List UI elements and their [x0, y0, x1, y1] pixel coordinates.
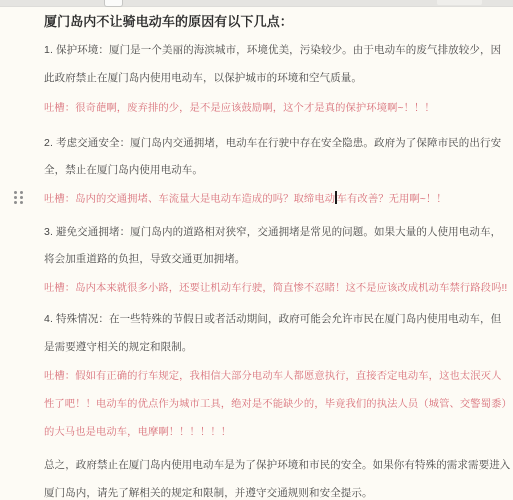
- toolbar-highlight-patch: [437, 0, 482, 5]
- tucao-4-line-3[interactable]: 的大马也是电动车，电摩啊！！！！！！: [44, 423, 231, 438]
- tucao-4-line-2[interactable]: 性了吧！！电动车的优点作为城市工具，绝对是不能缺少的，毕竟我们的执法人员（城管、…: [44, 395, 512, 410]
- paragraph-3-line-1[interactable]: 3. 避免交通拥堵：厦门岛内的道路相对狭窄，交通拥堵是常见的问题。如果大量的人使…: [44, 224, 501, 239]
- paragraph-4-line-1[interactable]: 4. 特殊情况：在一些特殊的节假日或者活动期间，政府可能会允许市民在厦门岛内使用…: [44, 311, 501, 326]
- summary-line-2[interactable]: 厦门岛内，请先了解相关的规定和限制，并遵守交通规则和安全提示。: [44, 485, 373, 500]
- document-editor-page: 厦门岛内不让骑电动车的原因有以下几点： 1. 保护环境：厦门是一个美丽的海滨城市…: [0, 0, 513, 500]
- tucao-2-text-after-caret: 车有改善？无用啊~！！: [337, 194, 447, 205]
- top-toolbar-strip: [0, 0, 513, 7]
- paragraph-2-line-1[interactable]: 2. 考虑交通安全：厦门岛内交通拥堵，电动车在行驶中存在安全隐患。政府为了保障市…: [44, 135, 501, 150]
- tucao-2-line[interactable]: 吐槽：岛内的交通拥堵、车流量大是电动车造成的吗？取缔电动车有改善？无用啊~！！: [44, 190, 447, 205]
- doc-title[interactable]: 厦门岛内不让骑电动车的原因有以下几点：: [44, 11, 293, 30]
- summary-line-1[interactable]: 总之，政府禁止在厦门岛内使用电动车是为了保护环境和市民的安全。如果你有特殊的需求…: [44, 457, 510, 472]
- paragraph-2-line-2[interactable]: 全，禁止在厦门岛内使用电动车。: [44, 162, 203, 177]
- tucao-1-line[interactable]: 吐槽：很奇葩啊，废弃排的少，是不是应该鼓励啊，这个才是真的保护环境啊~！！！: [44, 99, 435, 114]
- drag-handle-icon[interactable]: [14, 191, 29, 207]
- paragraph-3-line-2[interactable]: 将会加重道路的负担，导致交通更加拥堵。: [44, 251, 245, 266]
- paragraph-4-line-2[interactable]: 是需要遵守相关的规定和限制。: [44, 339, 192, 354]
- tucao-2-text-before-caret: 吐槽：岛内的交通拥堵、车流量大是电动车造成的吗？取缔电动: [44, 194, 335, 205]
- tucao-4-line-1[interactable]: 吐槽：假如有正确的行车规定，我相信大部分电动车人都愿意执行，直接否定电动车，这也…: [44, 367, 501, 382]
- toolbar-tab[interactable]: [104, 0, 123, 7]
- tucao-3-line[interactable]: 吐槽：岛内本来就很多小路，还要让机动车行驶，简直惨不忍睹！这不是应该改成机动车禁…: [44, 279, 507, 294]
- paragraph-1-line-2[interactable]: 此政府禁止在厦门岛内使用电动车，以保护城市的环境和空气质量。: [44, 70, 362, 85]
- paragraph-1-line-1[interactable]: 1. 保护环境：厦门是一个美丽的海滨城市，环境优美，污染较少。由于电动车的废气排…: [44, 42, 501, 57]
